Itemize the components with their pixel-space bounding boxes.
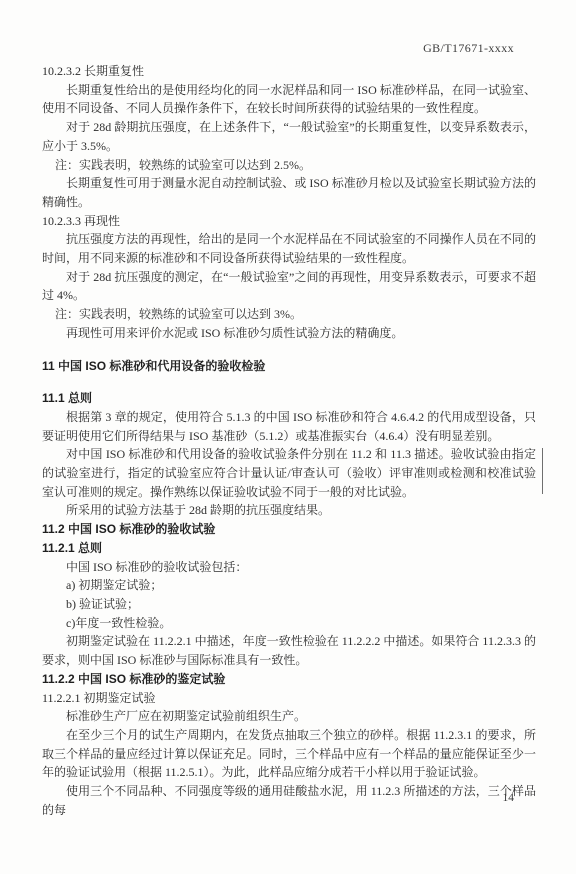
running-header: GB/T17671-xxxx bbox=[423, 41, 514, 56]
paragraph: 使用三个不同品种、不同强度等级的通用硅酸盐水泥，用 11.2.3 所描述的方法，… bbox=[42, 782, 536, 819]
section-heading: 11.1 总则 bbox=[42, 389, 536, 408]
subsection-heading: 11.2.2 中国 ISO 标准砂的鉴定试验 bbox=[42, 670, 536, 689]
paragraph: 所采用的试验方法基于 28d 龄期的抗压强度结果。 bbox=[42, 501, 536, 520]
paragraph: 对中国 ISO 标准砂和代用设备的验收试验条件分别在 11.2 和 11.3 描… bbox=[42, 445, 536, 501]
paragraph: 初期鉴定试验在 11.2.2.1 中描述，年度一致性检验在 11.2.2.2 中… bbox=[42, 632, 536, 669]
paragraph: 长期重复性可用于测量水泥自动控制试验、或 ISO 标准砂月检以及试验室长期试验方… bbox=[42, 174, 536, 211]
paragraph: 标准砂生产厂应在初期鉴定试验前组织生产。 bbox=[42, 707, 536, 726]
paragraph: 根据第 3 章的规定，使用符合 5.1.3 的中国 ISO 标准砂和符合 4.6… bbox=[42, 408, 536, 445]
paragraph: 对于 28d 抗压强度的测定，在“一般试验室”之间的再现性，用变异系数表示，可要… bbox=[42, 268, 536, 305]
paragraph: 长期重复性给出的是使用经均化的同一水泥样品和同一 ISO 标准砂样品，在同一试验… bbox=[42, 81, 536, 118]
clause-heading: 10.2.3.3 再现性 bbox=[42, 212, 536, 231]
document-page: GB/T17671-xxxx 10.2.3.2 长期重复性长期重复性给出的是使用… bbox=[0, 0, 576, 874]
note: 注：实践表明，较熟练的试验室可以达到 2.5%。 bbox=[55, 156, 536, 175]
paragraph: 对于 28d 龄期抗压强度，在上述条件下，“一般试验室”的长期重复性，以变异系数… bbox=[42, 118, 536, 155]
list-item: b) 验证试验； bbox=[42, 595, 536, 614]
list-item: a) 初期鉴定试验； bbox=[42, 576, 536, 595]
note: 注：实践表明，较熟练的试验室可以达到 3%。 bbox=[55, 305, 536, 324]
paragraph: 中国 ISO 标准砂的验收试验包括： bbox=[42, 558, 536, 577]
page-number: 14 bbox=[503, 792, 515, 804]
paragraph: 抗压强度方法的再现性，给出的是同一个水泥样品在不同试验室的不同操作人员在不同的时… bbox=[42, 230, 536, 267]
list-item: c)年度一致性检验。 bbox=[42, 614, 536, 633]
clause-heading: 11.2.2.1 初期鉴定试验 bbox=[42, 689, 536, 708]
paragraph: 在至少三个月的试生产周期内，在发货点抽取三个独立的砂样。根据 11.2.3.1 … bbox=[42, 726, 536, 782]
chapter-heading: 11 中国 ISO 标准砂和代用设备的验收检验 bbox=[42, 357, 536, 376]
subsection-heading: 11.2.1 总则 bbox=[42, 539, 536, 558]
clause-heading: 10.2.3.2 长期重复性 bbox=[42, 62, 536, 81]
page-content: 10.2.3.2 长期重复性长期重复性给出的是使用经均化的同一水泥样品和同一 I… bbox=[42, 62, 536, 819]
subsection-heading: 11.2 中国 ISO 标准砂的验收试验 bbox=[42, 520, 536, 539]
paragraph: 再现性可用来评价水泥或 ISO 标准砂匀质性试验方法的精确度。 bbox=[42, 324, 536, 343]
